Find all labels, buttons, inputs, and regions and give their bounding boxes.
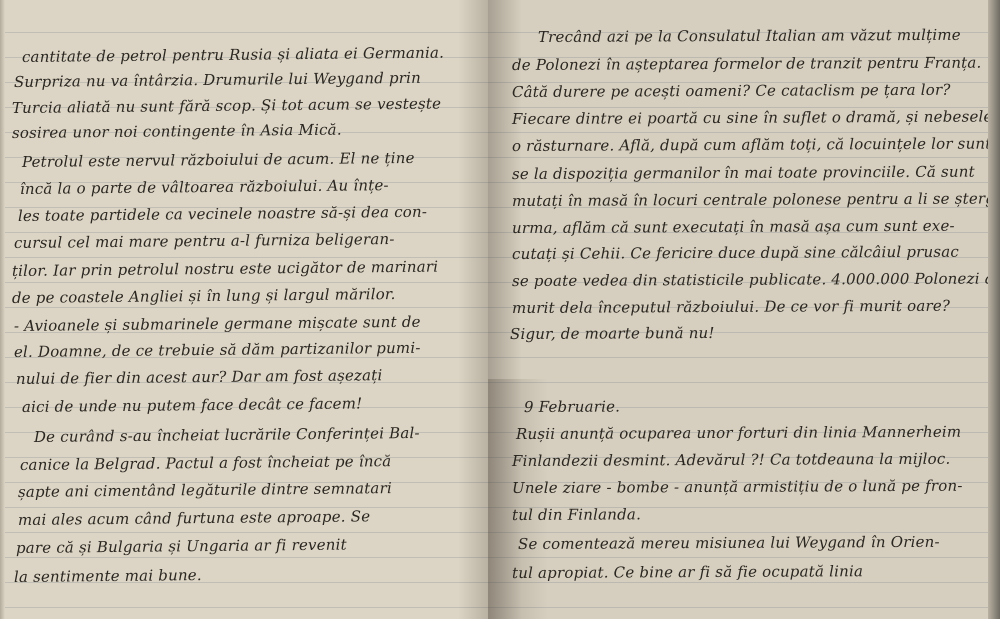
handwritten-line: cantitate de petrol pentru Rusia și alia…: [22, 44, 444, 66]
handwritten-line: mutați în masă în locuri centrale polone…: [512, 189, 988, 210]
right-page: Trecând azi pe la Consulatul Italian am …: [488, 0, 988, 619]
handwritten-line: urma, aflăm că sunt executați în masă aș…: [512, 217, 955, 237]
handwritten-line: aici de unde nu putem face decât ce face…: [22, 394, 363, 416]
handwritten-line: sosirea unor noi contingente în Asia Mic…: [12, 121, 342, 142]
handwritten-line: tul din Finlanda.: [512, 505, 641, 524]
handwritten-line: ților. Iar prin petrolul nostru este uci…: [12, 258, 438, 280]
gutter-shadow: [458, 0, 488, 619]
handwritten-line: Fiecare dintre ei poartă cu sine în sufl…: [512, 107, 988, 128]
handwritten-line: nului de fier din acest aur? Dar am fost…: [16, 366, 383, 388]
handwritten-line: cursul cel mai mare pentru a-l furniza b…: [14, 230, 395, 252]
handwritten-line: De curând s-au încheiat lucrările Confer…: [34, 424, 420, 446]
handwritten-line: încă la o parte de vâltoarea războiului.…: [20, 176, 389, 198]
handwritten-line: șapte ani cimentând legăturile dintre se…: [18, 479, 392, 501]
handwritten-line: Unele ziare - bombe - anunță armistițiu …: [512, 477, 963, 497]
handwritten-line: de pe coastele Angliei și în lung și lar…: [12, 285, 396, 307]
handwritten-line: - Avioanele și submarinele germane mișca…: [14, 313, 421, 335]
handwritten-line: la sentimente mai bune.: [14, 566, 202, 586]
handwritten-line: de Polonezi în așteptarea formelor de tr…: [512, 54, 982, 74]
handwritten-line: murit dela începutul războiului. De ce v…: [512, 297, 950, 317]
handwritten-line: Se comentează mereu misiunea lui Weygand…: [518, 533, 940, 553]
handwritten-line: Finlandezii desmint. Adevărul ?! Ca totd…: [512, 450, 951, 470]
handwritten-line: se la dispoziția germanilor în mai toate…: [512, 163, 975, 183]
handwritten-line: cutați și Cehii. Ce fericire duce după s…: [512, 243, 959, 263]
handwritten-line: mai ales acum când furtuna este aproape.…: [18, 507, 371, 529]
entry-date-heading: 9 Februarie.: [524, 397, 620, 416]
handwritten-line: se poate vedea din statisticile publicat…: [512, 269, 988, 290]
handwritten-line: Câtă durere pe acești oameni? Ce catacli…: [512, 81, 951, 101]
notebook-edge: [988, 0, 1000, 619]
diary-spread: cantitate de petrol pentru Rusia și alia…: [0, 0, 1000, 619]
handwritten-line: pare că și Bulgaria și Ungaria ar fi rev…: [16, 536, 347, 557]
page-edge: [0, 0, 5, 619]
handwritten-line: les toate partidele ca vecinele noastre …: [18, 203, 427, 225]
handwritten-line: Trecând azi pe la Consulatul Italian am …: [538, 26, 961, 46]
handwritten-line: Rușii anunță ocuparea unor forturi din l…: [516, 423, 961, 443]
handwritten-line: Petrolul este nervul războiului de acum.…: [22, 149, 415, 171]
handwritten-line: Turcia aliată nu sunt fără scop. Și tot …: [12, 95, 441, 117]
left-page: cantitate de petrol pentru Rusia și alia…: [0, 0, 488, 619]
handwritten-line: Surpriza nu va întârzia. Drumurile lui W…: [14, 69, 421, 91]
handwritten-line: tul apropiat. Ce bine ar fi să fie ocupa…: [512, 562, 863, 582]
handwritten-line: el. Doamne, de ce trebuie să dăm partiza…: [14, 339, 421, 361]
handwritten-line: canice la Belgrad. Pactul a fost încheia…: [20, 452, 392, 474]
handwritten-line: Sigur, de moarte bună nu!: [510, 324, 715, 343]
handwritten-line: o răsturnare. Află, după cum aflăm toți,…: [512, 134, 988, 155]
